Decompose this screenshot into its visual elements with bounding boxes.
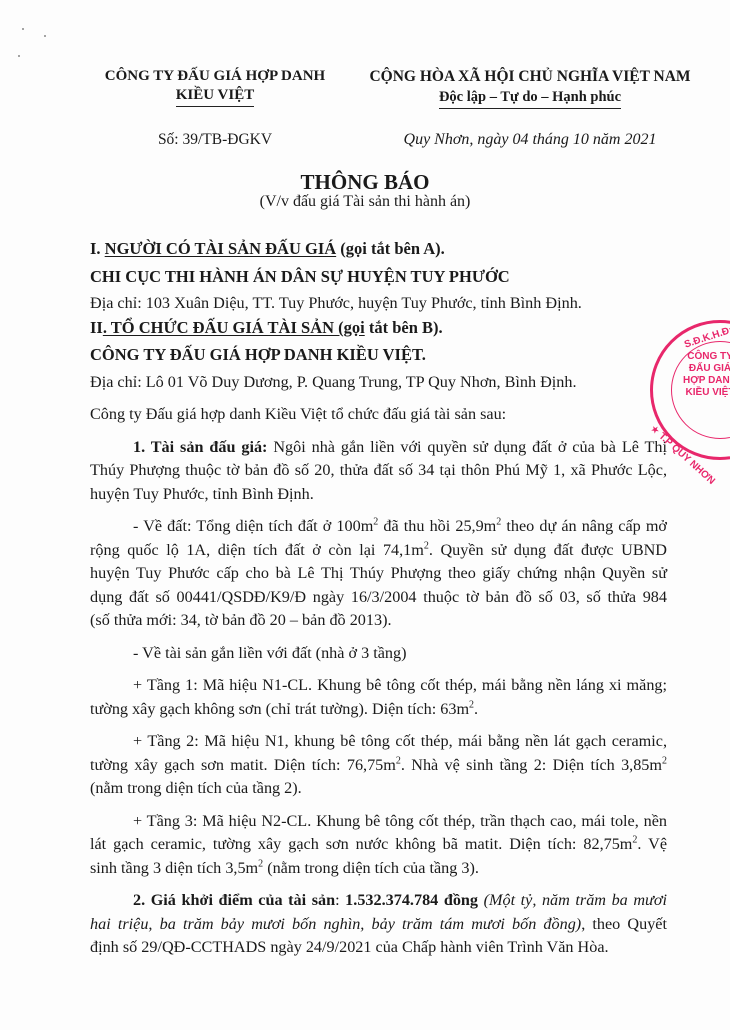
asset-text: Thúy Phượng thuộc tờ bản đồ số 20, thửa …: [90, 459, 667, 483]
party-b-heading-text: . TỔ CHỨC ĐẤU GIÁ TÀI SẢN (gọi: [103, 318, 365, 337]
price-text: định số 29/QĐ-CCTHADS ngày 24/9/2021 của…: [90, 936, 667, 960]
floor-text: tường xây gạch không sơn (chỉ trát tường…: [90, 700, 469, 718]
issuer-name-line2: KIỀU VIỆT: [176, 86, 255, 107]
starting-price-paragraph: 2. Giá khởi điểm của tài sản: 1.532.374.…: [90, 889, 667, 960]
document-page: CÔNG TY ĐẤU GIÁ HỢP DANH KIỀU VIỆT CỘNG …: [0, 0, 730, 1030]
document-title: THÔNG BÁO: [0, 170, 730, 195]
stamp-line: CÔNG TY: [675, 351, 730, 363]
land-text: huyện Tuy Phước cấp cho bà Lê Thị Thúy P…: [90, 562, 667, 586]
land-text: đã thu hồi 25,9m: [378, 517, 496, 535]
document-subtitle: (V/v đấu giá Tài sản thi hành án): [0, 193, 730, 211]
stamp-center-text: CÔNG TY ĐẤU GIÁ HỢP DANH KIỀU VIỆT: [675, 351, 730, 399]
floor-3-paragraph: + Tầng 3: Mã hiệu N2-CL. Khung bê tông c…: [90, 810, 667, 881]
party-b-prefix: II: [90, 318, 103, 337]
floor-text: sinh tầng 3 diện tích 3,5m: [90, 859, 258, 877]
asset-text: Ngôi nhà gắn liền với quyền sử dụng đất …: [267, 438, 667, 456]
land-paragraph: - Về đất: Tổng diện tích đất ở 100m2 đã …: [90, 515, 667, 633]
land-text: (số thửa mới: 34, tờ bản đồ 20 – bản đồ …: [90, 609, 667, 633]
price-colon: :: [335, 891, 345, 909]
national-header: CỘNG HÒA XÃ HỘI CHỦ NGHĨA VIỆT NAM Độc l…: [330, 67, 730, 109]
stamp-line: ĐẤU GIÁ: [675, 363, 730, 375]
party-a-heading: I. NGƯỜI CÓ TÀI SẢN ĐẤU GIÁ (gọi tắt bên…: [90, 237, 667, 261]
party-b-address: Địa chỉ: Lô 01 Võ Duy Dương, P. Quang Tr…: [90, 371, 667, 395]
land-text: dụng đất số 00441/QSDĐ/K9/Đ ngày 16/3/20…: [90, 586, 667, 610]
floor-text: . Vệ: [637, 835, 667, 853]
document-number: Số: 39/TB-ĐGKV: [80, 131, 350, 149]
nation-name: CỘNG HÒA XÃ HỘI CHỦ NGHĨA VIỆT NAM: [330, 67, 730, 87]
scan-speck: [22, 28, 24, 30]
floor-text: + Tầng 1: Mã hiệu N1-CL. Khung bê tông c…: [90, 674, 667, 698]
price-amount: 1.532.374.784 đồng: [345, 891, 478, 909]
stamp-line: HỢP DANH: [675, 375, 730, 387]
party-a-name: CHI CỤC THI HÀNH ÁN DÂN SỰ HUYỆN TUY PHƯ…: [90, 265, 667, 289]
asset-paragraph: 1. Tài sản đấu giá: Ngôi nhà gắn liền vớ…: [90, 436, 667, 507]
floor-text: (nằm trong diện tích của tầng 3).: [263, 859, 479, 877]
asset-text: huyện Tuy Phước, tỉnh Bình Định.: [90, 483, 667, 507]
national-motto: Độc lập – Tự do – Hạnh phúc: [439, 87, 621, 109]
land-text: rộng quốc lộ 1A, diện tích đất ở còn lại…: [90, 541, 424, 559]
superscript: 2: [662, 755, 667, 766]
floor-text: (nằm trong diện tích của tầng 2).: [90, 777, 667, 801]
floor-text: + Tầng 2: Mã hiệu N1, khung bê tông cốt …: [90, 730, 667, 754]
land-text: theo dự án nâng cấp mở: [501, 517, 667, 535]
party-a-address: Địa chỉ: 103 Xuân Diệu, TT. Tuy Phước, h…: [90, 292, 667, 316]
floor-2-paragraph: + Tầng 2: Mã hiệu N1, khung bê tông cốt …: [90, 730, 667, 801]
price-label: 2. Giá khởi điểm của tài sản: [133, 891, 335, 909]
floor-text: .: [474, 700, 478, 718]
land-text: - Về đất: Tổng diện tích đất ở 100m: [133, 517, 373, 535]
floor-text: + Tầng 3: Mã hiệu N2-CL. Khung bê tông c…: [90, 810, 667, 834]
party-b-heading: II. TỔ CHỨC ĐẤU GIÁ TÀI SẢN (gọi tắt bên…: [90, 316, 667, 340]
floor-1-paragraph: + Tầng 1: Mã hiệu N1-CL. Khung bê tông c…: [90, 674, 667, 721]
attached-assets-heading: - Về tài sản gắn liền với đất (nhà ở 3 t…: [90, 642, 667, 666]
price-in-words: hai triệu, ba trăm bảy mươi bốn nghìn, b…: [90, 915, 581, 933]
issuer-block: CÔNG TY ĐẤU GIÁ HỢP DANH KIỀU VIỆT: [80, 67, 350, 107]
land-text: . Quyền sử dụng đất được UBND: [429, 541, 667, 559]
party-a-heading-text: NGƯỜI CÓ TÀI SẢN ĐẤU GIÁ: [105, 239, 336, 258]
party-a-heading-suffix: (gọi tắt bên A).: [336, 239, 445, 258]
price-text: , theo Quyết: [581, 915, 667, 933]
issuer-name: CÔNG TY ĐẤU GIÁ HỢP DANH: [80, 67, 350, 86]
floor-text: . Nhà vệ sinh tầng 2: Diện tích 3,85m: [401, 756, 662, 774]
stamp-line: KIỀU VIỆT: [675, 387, 730, 399]
floor-text: lát gạch ceramic, tường xây gạch sơn nướ…: [90, 835, 632, 853]
place-and-date: Quy Nhơn, ngày 04 tháng 10 năm 2021: [330, 131, 730, 149]
document-body: I. NGƯỜI CÓ TÀI SẢN ĐẤU GIÁ (gọi tắt bên…: [90, 228, 667, 960]
intro-text: Công ty Đấu giá hợp danh Kiều Việt tổ ch…: [90, 403, 667, 427]
asset-label: 1. Tài sản đấu giá:: [133, 438, 267, 456]
floor-text: tường xây gạch sơn matit. Diện tích: 76,…: [90, 756, 396, 774]
price-in-words: (Một tỷ, năm trăm ba mươi: [478, 891, 667, 909]
party-b-heading-suffix: tắt bên B).: [365, 318, 443, 337]
party-a-prefix: I.: [90, 239, 105, 258]
scan-speck: [44, 35, 46, 37]
scan-speck: [18, 55, 20, 57]
party-b-name: CÔNG TY ĐẤU GIÁ HỢP DANH KIỀU VIỆT.: [90, 343, 667, 367]
